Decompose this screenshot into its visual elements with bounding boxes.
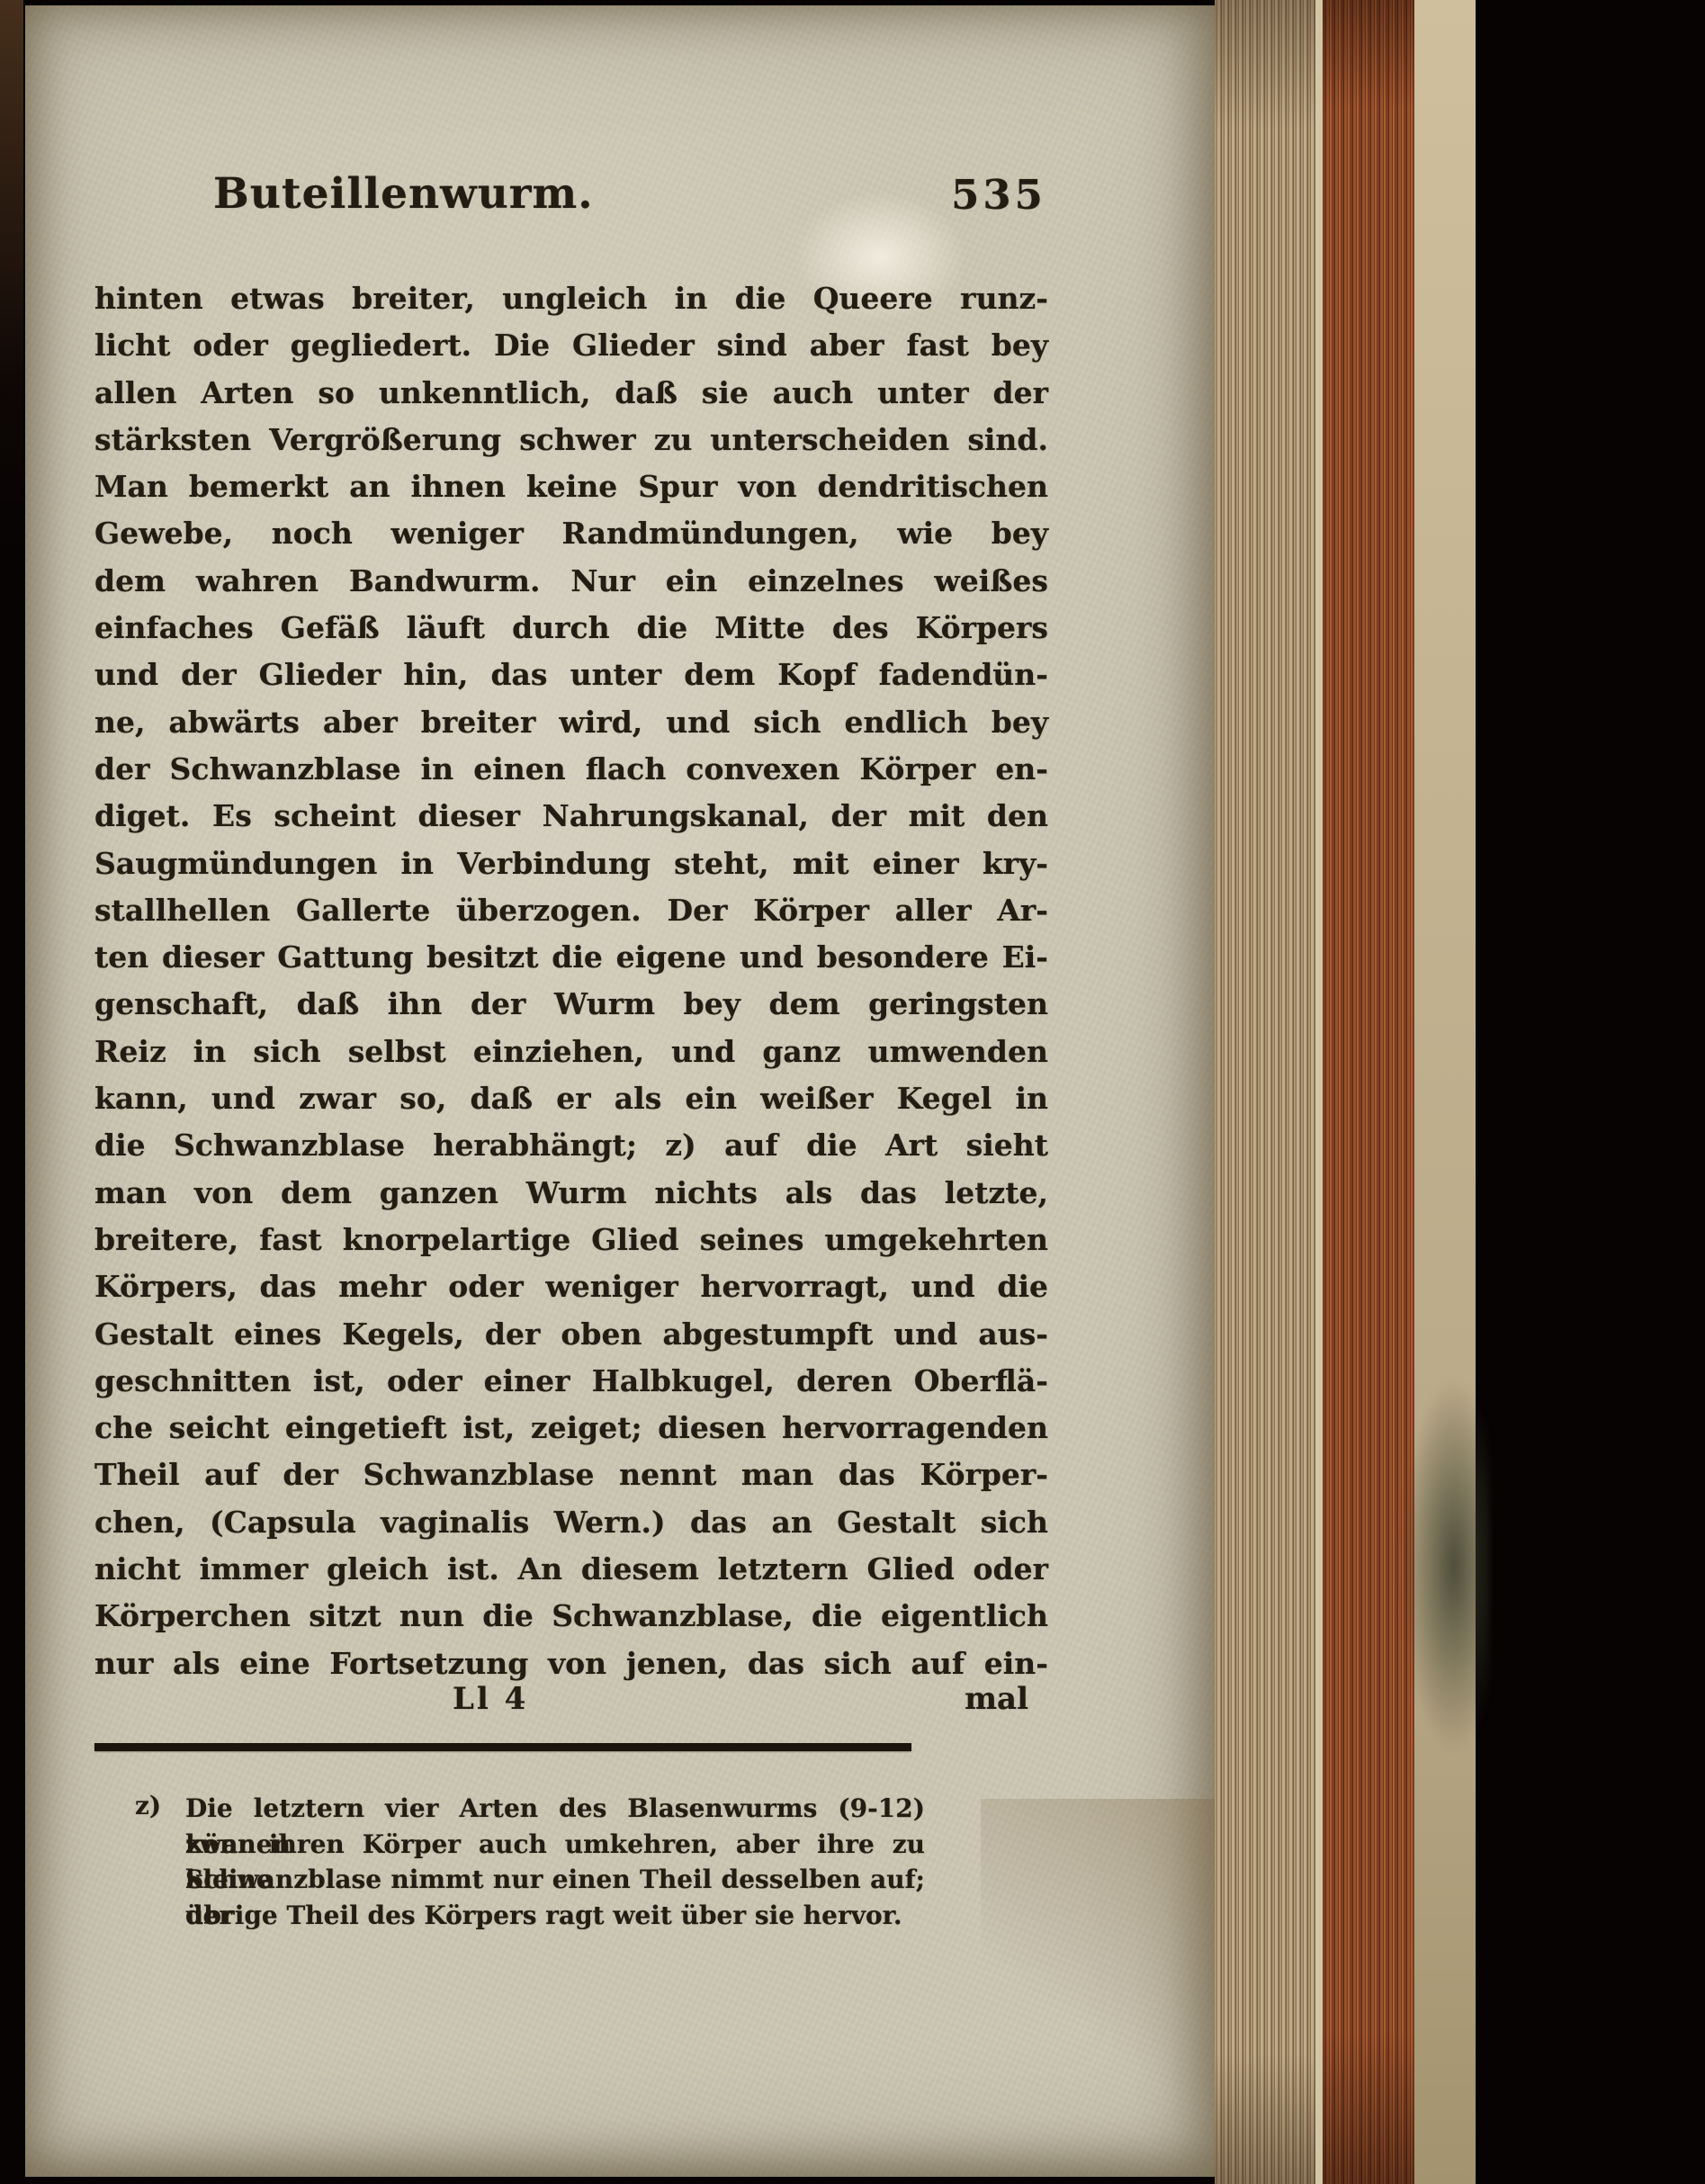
text-line: ne, abwärts aber breiter wird, und sich … [94, 699, 1048, 746]
body-text: hinten etwas breiter, ungleich in die Qu… [94, 275, 1048, 1687]
text-line: nicht immer gleich ist. An diesem letzte… [94, 1546, 1048, 1593]
text-line: che seicht eingetieft ist, zeiget; diese… [94, 1405, 1048, 1452]
text-line: Saugmündungen in Verbindung steht, mit e… [94, 840, 1048, 887]
text-line: geschnitten ist, oder einer Halbkugel, d… [94, 1358, 1048, 1405]
text-line: licht oder gegliedert. Die Glieder sind … [94, 322, 1048, 369]
text-line: Gewebe, noch weniger Randmündungen, wie … [94, 510, 1048, 557]
text-line: Gestalt eines Kegels, der oben abgestump… [94, 1311, 1048, 1358]
cover-stain [1400, 1377, 1490, 1755]
signature-line: Ll 4 mal [94, 1681, 1048, 1731]
text-line: Körperchen sitzt nun die Schwanzblase, d… [94, 1593, 1048, 1640]
text-line: stallhellen Gallerte überzogen. Der Körp… [94, 887, 1048, 934]
book-page: Buteillenwurm. 535 hinten etwas breiter,… [25, 5, 1215, 2177]
text-line: chen, (Capsula vaginalis Wern.) das an G… [94, 1499, 1048, 1546]
red-fore-edge-pages [1323, 0, 1414, 2184]
running-title: Buteillenwurm. [213, 169, 594, 219]
text-line: die Schwanzblase herabhängt; z) auf die … [94, 1122, 1048, 1169]
text-line: Man bemerkt an ihnen keine Spur von dend… [94, 463, 1048, 510]
text-line: ten dieser Gattung besitzt die eigene un… [94, 934, 1048, 981]
text-line: hinten etwas breiter, ungleich in die Qu… [94, 275, 1048, 322]
footnote-marker: z) [135, 1791, 161, 1820]
text-column: Buteillenwurm. 535 hinten etwas breiter,… [94, 5, 1048, 2177]
catchword: mal [965, 1681, 1028, 1717]
text-line: und der Glieder hin, das unter dem Kopf … [94, 652, 1048, 698]
text-line: stärksten Vergrößerung schwer zu untersc… [94, 417, 1048, 463]
spine-edge [0, 0, 23, 558]
text-line: Reiz in sich selbst einziehen, und ganz … [94, 1029, 1048, 1075]
back-cover-strip [1414, 0, 1476, 2184]
text-line: Körpers, das mehr oder weniger hervorrag… [94, 1263, 1048, 1310]
page-header: Buteillenwurm. 535 [94, 169, 1048, 234]
footnote-line: Die letztern vier Arten des Blasenwurms … [135, 1791, 925, 1827]
text-line: kann, und zwar so, daß er als ein weißer… [94, 1075, 1048, 1122]
text-line: der Schwanzblase in einen flach convexen… [94, 746, 1048, 793]
signature-mark: Ll 4 [453, 1681, 528, 1717]
footnote-line: zwar ihren Körper auch umkehren, aber ih… [135, 1827, 925, 1863]
text-line: diget. Es scheint dieser Nahrungskanal, … [94, 793, 1048, 840]
text-line: breitere, fast knorpelartige Glied seine… [94, 1217, 1048, 1263]
footnote: z) Die letztern vier Arten des Blasenwur… [135, 1791, 925, 1933]
footnote-line: übrige Theil des Körpers ragt weit über … [135, 1898, 925, 1934]
text-line: allen Arten so unkenntlich, daß sie auch… [94, 370, 1048, 417]
text-line: dem wahren Bandwurm. Nur ein einzelnes w… [94, 558, 1048, 605]
text-line: einfaches Gefäß läuft durch die Mitte de… [94, 605, 1048, 652]
page-number: 535 [951, 171, 1046, 219]
footnote-rule [94, 1743, 911, 1751]
text-line: Theil auf der Schwanzblase nennt man das… [94, 1452, 1048, 1498]
text-line: man von dem ganzen Wurm nichts als das l… [94, 1170, 1048, 1217]
fore-edge-pages [1215, 0, 1315, 2184]
footnote-line: Schwanzblase nimmt nur einen Theil desse… [135, 1862, 925, 1898]
book-scan: Buteillenwurm. 535 hinten etwas breiter,… [0, 0, 1705, 2184]
fore-edge-gap [1315, 0, 1323, 2184]
text-line: genschaft, daß ihn der Wurm bey dem geri… [94, 981, 1048, 1028]
